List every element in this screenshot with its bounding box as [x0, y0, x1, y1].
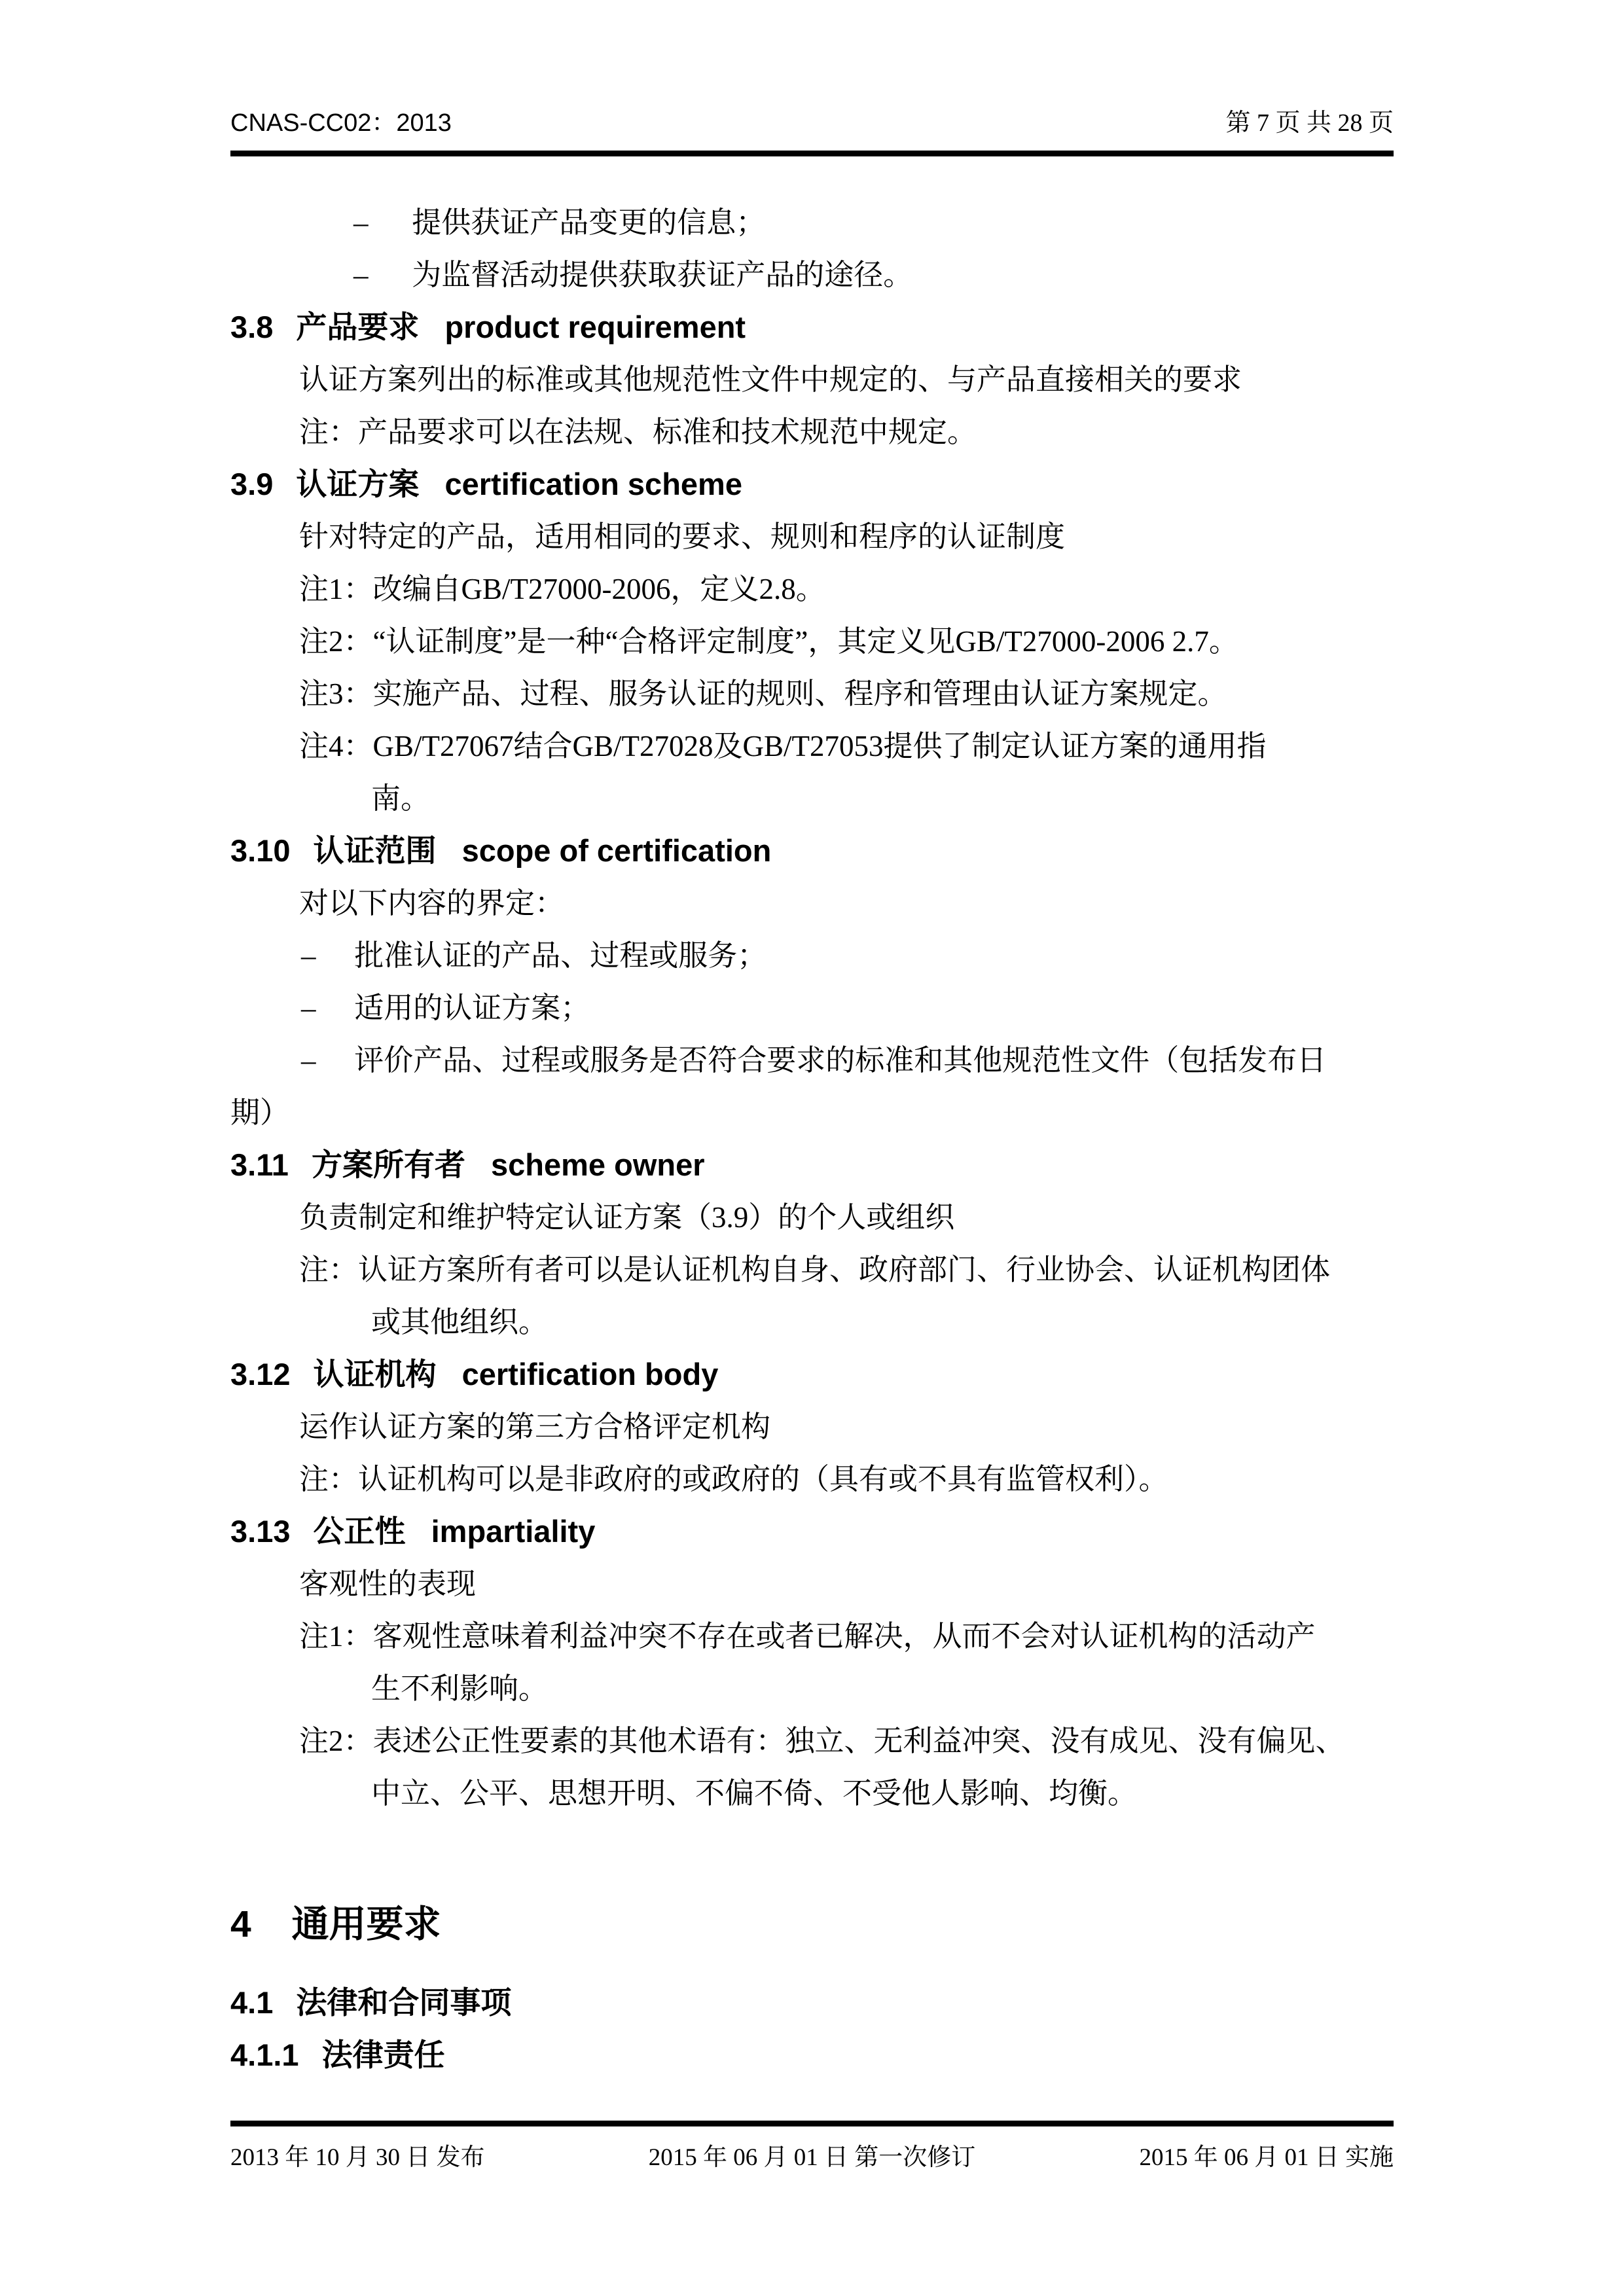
release-date: 2013 年 10 月 30 日 发布 [230, 2139, 485, 2177]
text-line: – 批准认证的产品、过程或服务； [230, 929, 1394, 982]
text-line: 4.1.1 法律责任 [230, 2029, 1394, 2081]
bullet-dash: – [301, 982, 347, 1034]
page-header: CNAS-CC02：2013 第 7 页 共 28 页 [230, 105, 1394, 141]
heading-chinese-title: 通用要求 [292, 1903, 441, 1945]
text-line: 注4：GB/T27067结合GB/T27028及GB/T27053提供了制定认证… [230, 720, 1394, 772]
text-line: 3.12 认证机构 certification body [230, 1348, 1394, 1401]
text-line: – 评价产品、过程或服务是否符合要求的标准和其他规范性文件（包括发布日 [230, 1034, 1394, 1086]
line-text: 注3：实施产品、过程、服务认证的规则、程序和管理由认证方案规定。 [299, 677, 1227, 710]
implementation-date: 2015 年 06 月 01 日 实施 [1140, 2139, 1394, 2177]
text-line: 生不利影响。 [230, 1662, 1394, 1715]
text-line: 3.11 方案所有者 scheme owner [230, 1139, 1394, 1191]
line-text: 适用的认证方案； [354, 992, 590, 1024]
heading-english-title: scheme owner [491, 1147, 705, 1182]
section-number: 4 [230, 1903, 251, 1945]
line-text: 期） [230, 1096, 289, 1129]
text-line: 注2：“认证制度”是一种“合格评定制度”，其定义见GB/T27000-2006 … [230, 615, 1394, 668]
heading-chinese-title: 产品要求 [296, 310, 419, 344]
line-text: 认证方案列出的标准或其他规范性文件中规定的、与产品直接相关的要求 [299, 363, 1242, 396]
line-text: 注2：表述公正性要素的其他术语有：独立、无利益冲突、没有成见、没有偏见、 [299, 1725, 1345, 1757]
heading-chinese-title: 方案所有者 [312, 1147, 465, 1182]
text-line: 注3：实施产品、过程、服务认证的规则、程序和管理由认证方案规定。 [230, 668, 1394, 720]
line-text: 注：认证方案所有者可以是认证机构自身、政府部门、行业协会、认证机构团体 [299, 1253, 1330, 1286]
line-text: 注1：改编自GB/T27000-2006，定义2.8。 [299, 573, 825, 605]
line-text: 注：产品要求可以在法规、标准和技术规范中规定。 [299, 416, 977, 448]
text-line: 注1：客观性意味着利益冲突不存在或者已解决，从而不会对认证机构的活动产 [230, 1610, 1394, 1662]
text-line: 负责制定和维护特定认证方案（3.9）的个人或组织 [230, 1191, 1394, 1244]
text-line: – 适用的认证方案； [230, 982, 1394, 1034]
document-body: – 提供获证产品变更的信息； – 为监督活动提供获取获证产品的途径。 3.8 产… [230, 196, 1394, 2081]
heading-chinese-title: 认证机构 [314, 1357, 437, 1391]
document-page: CNAS-CC02：2013 第 7 页 共 28 页 – 提供获证产品变更的信… [0, 0, 1624, 2296]
text-line: 4.1 法律和合同事项 [230, 1977, 1394, 2029]
text-line: 或其他组织。 [230, 1296, 1394, 1348]
section-number: 3.9 [230, 467, 273, 501]
heading-chinese-title: 认证方案 [296, 467, 419, 501]
line-text: 对以下内容的界定： [299, 887, 564, 920]
text-line: – 提供获证产品变更的信息； [230, 196, 1394, 249]
line-text: 运作认证方案的第三方合格评定机构 [299, 1410, 770, 1443]
line-text: 生不利影响。 [371, 1672, 548, 1705]
text-line: 4 通用要求 [230, 1892, 1394, 1957]
text-line: 注：认证机构可以是非政府的或政府的（具有或不具有监管权利）。 [230, 1453, 1394, 1505]
text-line: 3.9 认证方案 certification scheme [230, 458, 1394, 511]
heading-chinese-title: 认证范围 [314, 833, 437, 868]
section-number: 4.1.1 [230, 2037, 299, 2072]
line-text: 评价产品、过程或服务是否符合要求的标准和其他规范性文件（包括发布日 [354, 1044, 1326, 1077]
text-line: 运作认证方案的第三方合格评定机构 [230, 1401, 1394, 1453]
text-line: 对以下内容的界定： [230, 877, 1394, 929]
line-text: 注4：GB/T27067结合GB/T27028及GB/T27053提供了制定认证… [299, 730, 1267, 762]
text-line: 注：认证方案所有者可以是认证机构自身、政府部门、行业协会、认证机构团体 [230, 1244, 1394, 1296]
line-text: 南。 [371, 782, 430, 815]
text-line: 客观性的表现 [230, 1558, 1394, 1610]
section-number: 3.8 [230, 310, 273, 344]
heading-english-title: certification body [462, 1357, 719, 1391]
heading-english-title: impartiality [431, 1514, 596, 1549]
heading-chinese-title: 公正性 [314, 1514, 406, 1549]
line-text: 注1：客观性意味着利益冲突不存在或者已解决，从而不会对认证机构的活动产 [299, 1620, 1316, 1653]
line-text: 中立、公平、思想开明、不偏不倚、不受他人影响、均衡。 [371, 1777, 1137, 1810]
text-line: 期） [230, 1086, 1394, 1139]
text-line: 注1：改编自GB/T27000-2006，定义2.8。 [230, 563, 1394, 615]
text-line: 3.13 公正性 impartiality [230, 1505, 1394, 1558]
line-text: 负责制定和维护特定认证方案（3.9）的个人或组织 [299, 1201, 954, 1234]
line-text: 注2：“认证制度”是一种“合格评定制度”，其定义见GB/T27000-2006 … [299, 625, 1238, 658]
document-code: CNAS-CC02：2013 [230, 105, 452, 141]
text-line: 中立、公平、思想开明、不偏不倚、不受他人影响、均衡。 [230, 1767, 1394, 1820]
line-text: 针对特定的产品，适用相同的要求、规则和程序的认证制度 [299, 520, 1065, 553]
text-line: 3.10 认证范围 scope of certification [230, 825, 1394, 877]
heading-english-title: scope of certification [462, 833, 772, 868]
page-footer: 2013 年 10 月 30 日 发布 2015 年 06 月 01 日 第一次… [230, 2139, 1394, 2177]
text-line: 注2：表述公正性要素的其他术语有：独立、无利益冲突、没有成见、没有偏见、 [230, 1715, 1394, 1767]
line-text: 提供获证产品变更的信息； [412, 206, 765, 239]
section-number: 3.13 [230, 1514, 290, 1549]
text-line: – 为监督活动提供获取获证产品的途径。 [230, 249, 1394, 301]
text-line: 针对特定的产品，适用相同的要求、规则和程序的认证制度 [230, 511, 1394, 563]
section-number: 3.12 [230, 1357, 290, 1391]
page-number-info: 第 7 页 共 28 页 [1225, 105, 1394, 141]
text-line: 南。 [230, 772, 1394, 825]
line-text: 批准认证的产品、过程或服务； [354, 939, 767, 972]
bullet-dash: – [301, 1034, 347, 1086]
section-number: 4.1 [230, 1985, 273, 2020]
bullet-dash: – [353, 249, 405, 301]
header-rule [230, 151, 1394, 156]
section-number: 3.10 [230, 833, 290, 868]
revision-date: 2015 年 06 月 01 日 第一次修订 [649, 2139, 976, 2177]
bullet-dash: – [353, 196, 405, 249]
footer-rule [230, 2121, 1394, 2126]
heading-chinese-title: 法律责任 [322, 2037, 445, 2072]
section-number: 3.11 [230, 1147, 289, 1182]
heading-english-title: certification scheme [444, 467, 742, 501]
heading-english-title: product requirement [444, 310, 746, 344]
heading-chinese-title: 法律和合同事项 [296, 1985, 511, 2020]
line-text: 为监督活动提供获取获证产品的途径。 [412, 259, 912, 291]
line-text: 注：认证机构可以是非政府的或政府的（具有或不具有监管权利）。 [299, 1463, 1168, 1496]
line-text: 客观性的表现 [299, 1568, 476, 1600]
text-line: 认证方案列出的标准或其他规范性文件中规定的、与产品直接相关的要求 [230, 353, 1394, 406]
line-text: 或其他组织。 [371, 1306, 548, 1338]
bullet-dash: – [301, 929, 347, 982]
text-line: 3.8 产品要求 product requirement [230, 301, 1394, 353]
text-line: 注：产品要求可以在法规、标准和技术规范中规定。 [230, 406, 1394, 458]
